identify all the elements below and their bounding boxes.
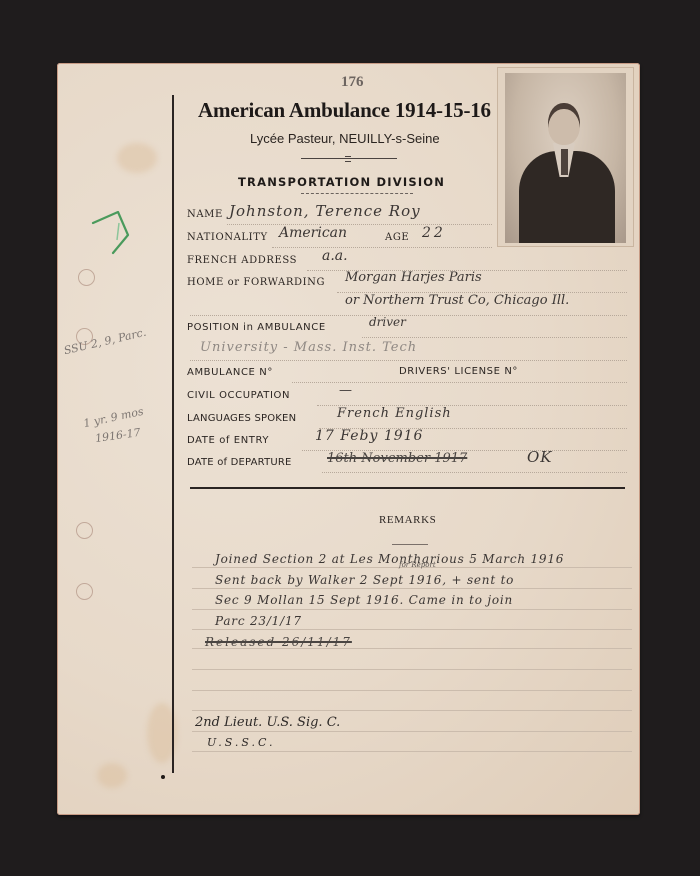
remarks-insertion: for Report [399, 561, 436, 569]
section-divider [190, 487, 625, 489]
field-rule [227, 224, 492, 225]
drivers-license-label: DRIVERS' LICENSE N° [399, 366, 518, 377]
division-underline [301, 193, 413, 194]
date-departure-struck: 16th November 1917 [327, 451, 467, 466]
remarks-rule [192, 710, 632, 711]
civil-occupation-value: — [339, 383, 352, 398]
date-entry-value: 17 Feby 1916 [315, 428, 423, 444]
remarks-line-4: Parc 23/1/17 [215, 614, 302, 628]
nationality-value: American [279, 225, 347, 241]
field-rule [322, 472, 627, 473]
civil-occupation-label: CIVIL OCCUPATION [187, 390, 290, 401]
date-entry-label: DATE of ENTRY [187, 435, 269, 446]
photo-head [548, 103, 580, 145]
position-label: POSITION in AMBULANCE [187, 322, 326, 333]
photo-tie [561, 149, 568, 175]
remarks-line-3: Sec 9 Mollan 15 Sept 1916. Came in to jo… [215, 593, 513, 607]
punch-hole-icon [78, 269, 95, 286]
position-value: driver [369, 315, 406, 329]
page-title: American Ambulance 1914-15-16 [198, 98, 491, 123]
remarks-underline [392, 544, 428, 545]
field-rule [272, 247, 492, 248]
remarks-line-1: Joined Section 2 at Les Montharious 5 Ma… [215, 552, 564, 566]
remarks-rule [192, 690, 632, 691]
age-label: AGE [385, 232, 409, 243]
ornament-divider [301, 158, 397, 159]
field-rule [362, 337, 627, 338]
remarks-line-2: Sent back by Walker 2 Sept 1916, + sent … [215, 573, 514, 587]
field-rule [190, 360, 627, 361]
remarks-footer-1: 2nd Lieut. U.S. Sig. C. [195, 715, 340, 730]
nationality-label: NATIONALITY [187, 232, 268, 243]
division-heading: TRANSPORTATION DIVISION [238, 175, 445, 189]
remarks-rule [192, 629, 632, 630]
remarks-footer-2: U.S.S.C. [207, 736, 276, 749]
home-forwarding-label: HOME or FORWARDING [187, 277, 325, 288]
remarks-rule [192, 731, 632, 732]
photo-mount [497, 67, 634, 247]
languages-label: LANGUAGES SPOKEN [187, 413, 296, 424]
punch-hole-icon [76, 522, 93, 539]
position-note: University - Mass. Inst. Tech [200, 340, 417, 355]
margin-line [172, 95, 174, 773]
home-forwarding-value-2: or Northern Trust Co, Chicago Ill. [345, 293, 569, 308]
name-label: NAME [187, 209, 223, 220]
date-departure-ok: OK [527, 448, 553, 466]
paper-stain [117, 143, 157, 173]
margin-note-units: SSU 2, 9, Parc. [63, 326, 148, 358]
margin-dot [161, 775, 165, 779]
paper-stain [97, 763, 127, 788]
remarks-struck-line: Released 26/11/17 [205, 635, 352, 649]
subtitle: Lycée Pasteur, NEUILLY-s-Seine [250, 131, 440, 146]
age-value: 22 [422, 225, 446, 241]
remarks-rule [192, 751, 632, 752]
field-rule [190, 315, 627, 316]
home-forwarding-value-1: Morgan Harjes Paris [345, 270, 482, 285]
punch-hole-icon [76, 583, 93, 600]
french-address-value: a.a. [322, 248, 348, 264]
green-check-icon [91, 211, 131, 255]
languages-value: French English [337, 406, 452, 421]
margin-note-years: 1916-17 [94, 426, 141, 445]
serial-number: 176 [341, 74, 364, 91]
french-address-label: FRENCH ADDRESS [187, 255, 297, 266]
ambulance-no-label: AMBULANCE N° [187, 367, 273, 378]
remarks-rule [192, 669, 632, 670]
date-departure-label: DATE of DEPARTURE [187, 457, 292, 468]
remarks-rule [192, 588, 632, 589]
record-card: SSU 2, 9, Parc. 1 yr. 9 mos 1916-17 176 … [57, 63, 640, 815]
remarks-rule [192, 609, 632, 610]
portrait-photo [505, 73, 626, 243]
remarks-heading: REMARKS [379, 514, 436, 526]
name-value: Johnston, Terence Roy [229, 202, 421, 220]
